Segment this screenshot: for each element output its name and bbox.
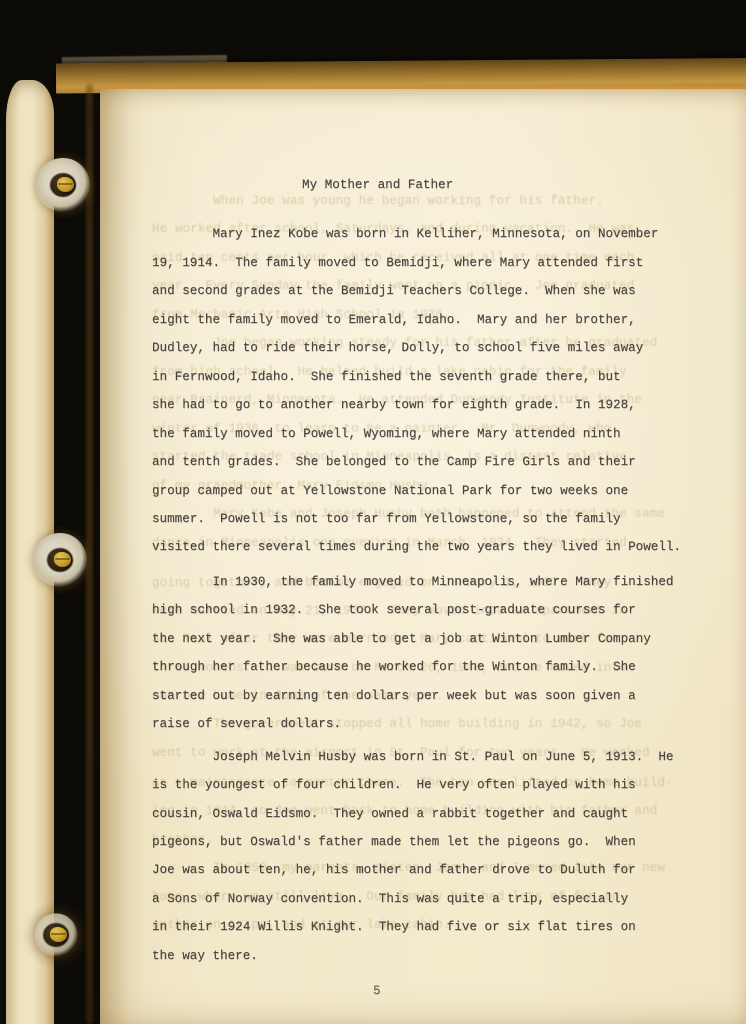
- brass-brad-icon: [57, 177, 74, 192]
- brass-brad-icon: [50, 927, 67, 942]
- scanned-memoir-page: { "document": { "title": "My Mother and …: [0, 0, 746, 1024]
- typed-line: the way there.: [152, 942, 746, 970]
- typed-text: My Mother and Father Mary Inez Kobe was …: [100, 89, 746, 1006]
- typed-line: and second grades at the Bemidji Teacher…: [152, 277, 746, 305]
- paragraph: Mary Inez Kobe was born in Kelliher, Min…: [152, 220, 746, 561]
- typed-line: the next year. She was able to get a job…: [152, 625, 746, 653]
- typed-line: a Sons of Norway convention. This was qu…: [152, 885, 746, 913]
- body-paragraphs: Mary Inez Kobe was born in Kelliher, Min…: [152, 220, 746, 970]
- typed-line: group camped out at Yellowstone National…: [152, 477, 746, 505]
- typed-line: In 1930, the family moved to Minneapolis…: [152, 568, 746, 596]
- typed-line: raise of several dollars.: [152, 710, 746, 738]
- typed-line: visited there several times during the t…: [152, 533, 746, 561]
- typed-line: is the youngest of four children. He ver…: [152, 771, 746, 799]
- brass-brad-icon: [54, 552, 71, 567]
- typed-line: Joe was about ten, he, his mother and fa…: [152, 856, 746, 884]
- typed-line: through her father because he worked for…: [152, 653, 746, 681]
- typed-line: Mary Inez Kobe was born in Kelliher, Min…: [152, 220, 746, 248]
- typed-line: summer. Powell is not too far from Yello…: [152, 505, 746, 533]
- typewritten-page: When Joe was young he began working for …: [100, 86, 746, 1024]
- paragraph: Joseph Melvin Husby was born in St. Paul…: [152, 743, 746, 971]
- page-title: My Mother and Father: [302, 171, 746, 199]
- typed-line: pigeons, but Oswald's father made them l…: [152, 828, 746, 856]
- book-scan: When Joe was young he began working for …: [0, 0, 746, 1024]
- typed-line: 19, 1914. The family moved to Bemidji, w…: [152, 249, 746, 277]
- typed-line: Joseph Melvin Husby was born in St. Paul…: [152, 743, 746, 771]
- typed-line: eight the family moved to Emerald, Idaho…: [152, 306, 746, 334]
- typed-line: she had to go to another nearby town for…: [152, 391, 746, 419]
- typed-line: high school in 1932. She took several po…: [152, 596, 746, 624]
- typed-line: started out by earning ten dollars per w…: [152, 682, 746, 710]
- typed-line: cousin, Oswald Eidsmo. They owned a rabb…: [152, 800, 746, 828]
- typed-line: in Fernwood, Idaho. She finished the sev…: [152, 363, 746, 391]
- typed-line: and tenth grades. She belonged to the Ca…: [152, 448, 746, 476]
- typed-line: the family moved to Powell, Wyoming, whe…: [152, 420, 746, 448]
- typed-line: Dudley, had to ride their horse, Dolly, …: [152, 334, 746, 362]
- typed-line: in their 1924 Willis Knight. They had fi…: [152, 913, 746, 941]
- page-number: 5: [373, 977, 746, 1005]
- paragraph: In 1930, the family moved to Minneapolis…: [152, 568, 746, 739]
